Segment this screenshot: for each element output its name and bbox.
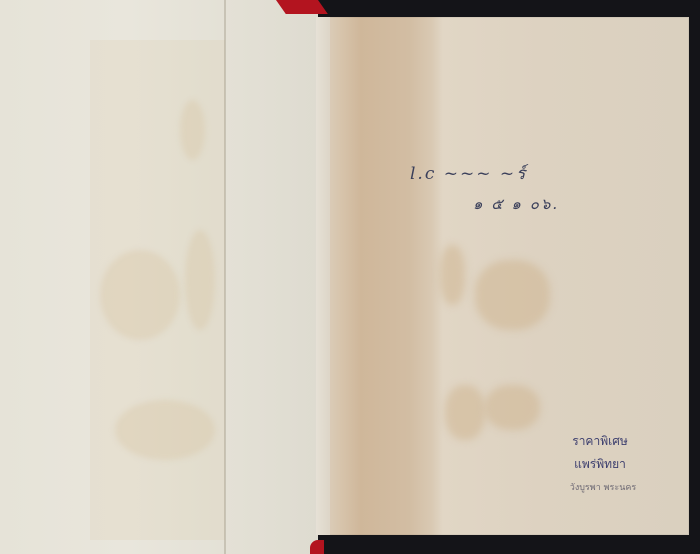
red-cover-corner-top	[276, 0, 328, 14]
red-cover-corner-bottom	[310, 540, 324, 554]
stamp-line-location: วังบูรพา พระนคร	[548, 480, 658, 494]
water-stain	[485, 385, 540, 430]
handwritten-note-line2: ๑ ๕ ๑ ๐๖.	[473, 192, 559, 216]
water-stain	[445, 385, 485, 440]
water-stain	[440, 245, 465, 305]
water-stain	[115, 400, 215, 460]
page-gutter	[316, 17, 330, 535]
stamp-line-special-price: ราคาพิเศษ	[542, 432, 658, 451]
water-stain	[100, 250, 180, 340]
stamp-line-shop-name: แพร่พิทยา	[542, 455, 658, 474]
water-stain	[475, 260, 550, 330]
handwritten-note-line1: l.c ~~~ ~ร์	[410, 160, 527, 187]
photo-scene: l.c ~~~ ~ร์ ๑ ๕ ๑ ๐๖. ราคาพิเศษ แพร่พิทย…	[0, 0, 700, 554]
left-page-flyleaf	[0, 0, 318, 554]
bookseller-stamp: ราคาพิเศษ แพร่พิทยา วังบูรพา พระนคร	[548, 432, 658, 494]
page-fold-line	[224, 0, 226, 554]
water-stain	[185, 230, 215, 330]
water-stain	[180, 100, 205, 160]
